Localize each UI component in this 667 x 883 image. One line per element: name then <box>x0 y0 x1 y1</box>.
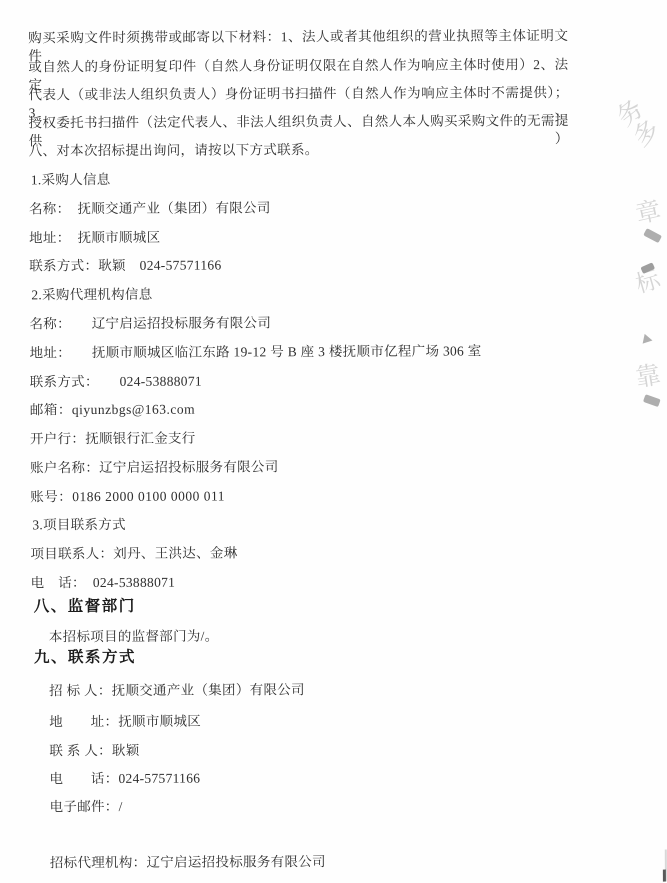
agency-footer-line: 招标代理机构：辽宁启运招投标服务有限公司 <box>50 853 326 872</box>
purchaser-contact-line: 联系方式：耿颖 024-57571166 <box>29 256 221 275</box>
ink-smudge-1 <box>643 228 662 243</box>
bleedthrough-mark-1: 务多 <box>613 93 667 152</box>
contact-email-line: 电子邮件：/ <box>50 798 123 816</box>
agency-contact-line: 联系方式： 024-53888071 <box>30 373 202 392</box>
section-8-inquiry-heading: 八、对本次招标提出询问，请按以下方式联系。 <box>29 141 319 160</box>
document-content: 购买采购文件时须携带或邮寄以下材料：1、法人或者其他组织的营业执照等主体证明文件… <box>0 0 667 883</box>
contact-person-line: 联 系 人：耿颖 <box>49 742 139 760</box>
agency-info-title: 2.采购代理机构信息 <box>31 286 152 305</box>
bleedthrough-mark-3: 标 <box>633 268 663 298</box>
tenderer-address-line: 地 址：抚顺市顺城区 <box>49 713 201 732</box>
project-contacts-line: 项目联系人：刘丹、王洪达、金琳 <box>30 544 237 563</box>
purchaser-address-line: 地址： 抚顺市顺城区 <box>29 229 160 248</box>
bleedthrough-mark-4: 靠 <box>634 363 663 392</box>
ink-smudge-3 <box>643 394 661 407</box>
supervision-body-line: 本招标项目的监督部门为/。 <box>49 628 219 647</box>
tenderer-line: 招 标 人：抚顺交通产业（集团）有限公司 <box>49 681 305 700</box>
bleedthrough-arrow-mark <box>643 334 654 346</box>
contact-section-heading: 九、联系方式 <box>34 649 136 667</box>
agency-email-line: 邮箱：qiyunzbgs@163.com <box>30 401 195 420</box>
contact-phone-line: 电 话：024-57571166 <box>49 770 200 789</box>
supervision-section-heading: 八、监督部门 <box>34 598 136 616</box>
project-phone-line: 电 话： 024-53888071 <box>31 574 176 593</box>
agency-address-line: 地址： 抚顺市顺城区临江东路 19-12 号 B 座 3 楼抚顺市亿程广场 30… <box>30 342 482 362</box>
bleedthrough-mark-2: 章 <box>634 198 664 228</box>
project-contact-title: 3.项目联系方式 <box>32 516 126 534</box>
agency-bank-line: 开户行：抚顺银行汇金支行 <box>30 430 196 449</box>
agency-account-name-line: 账户名称：辽宁启运招投标服务有限公司 <box>30 458 278 477</box>
agency-name-line: 名称： 辽宁启运招投标服务有限公司 <box>29 314 271 333</box>
scan-edge-tick <box>663 870 666 882</box>
document-page: 购买采购文件时须携带或邮寄以下材料：1、法人或者其他组织的营业执照等主体证明文件… <box>0 0 667 883</box>
purchaser-name-line: 名称： 抚顺交通产业（集团）有限公司 <box>29 199 271 218</box>
ink-smudge-2 <box>640 262 655 274</box>
purchaser-info-title: 1.采购人信息 <box>31 171 111 189</box>
agency-account-number-line: 账号：0186 2000 0100 0000 011 <box>30 487 225 506</box>
